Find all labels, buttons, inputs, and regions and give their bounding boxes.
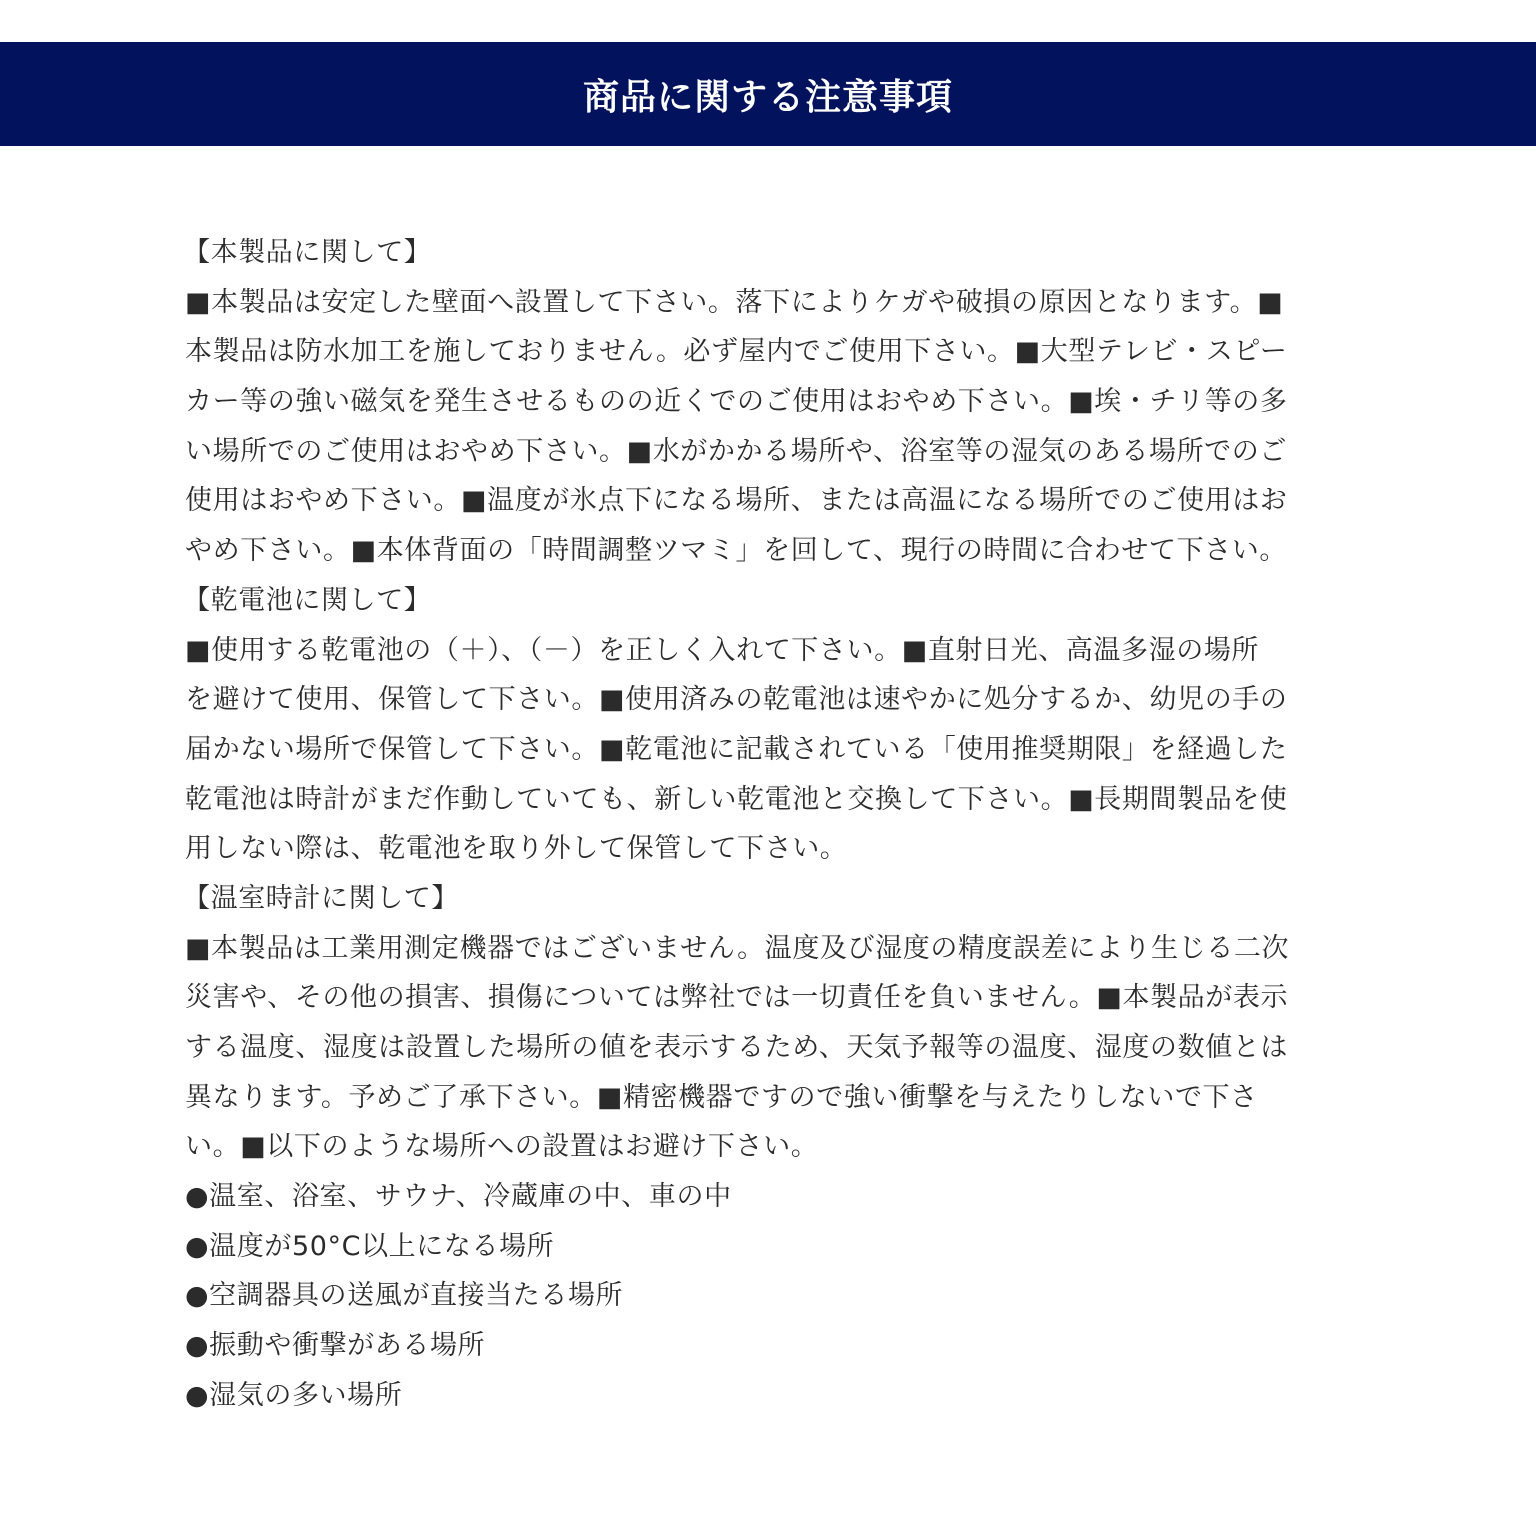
- text-line: 本製品は防水加工を施しておりません。必ず屋内でご使用下さい。■大型テレビ・スピー: [185, 327, 1355, 377]
- bullet-item: ●温度が50°C以上になる場所: [185, 1222, 1355, 1272]
- page-title: 商品に関する注意事項: [583, 69, 953, 120]
- text-line: 乾電池は時計がまだ作動していても、新しい乾電池と交換して下さい。■長期間製品を使: [185, 775, 1355, 825]
- section-heading-product: 【本製品に関して】: [183, 228, 1355, 278]
- bullet-item: ●温室、浴室、サウナ、冷蔵庫の中、車の中: [185, 1172, 1355, 1222]
- text-line: ■本製品は工業用測定機器ではございません。温度及び湿度の精度誤差により生じる二次: [185, 924, 1355, 974]
- text-line: する温度、湿度は設置した場所の値を表示するため、天気予報等の温度、湿度の数値とは: [185, 1023, 1355, 1073]
- text-line: 届かない場所で保管して下さい。■乾電池に記載されている「使用推奨期限」を経過した: [185, 725, 1355, 775]
- text-line: カー等の強い磁気を発生させるものの近くでのご使用はおやめ下さい。■埃・チリ等の多: [185, 377, 1355, 427]
- notice-body: 【本製品に関して】 ■本製品は安定した壁面へ設置して下さい。落下によりケガや破損…: [185, 228, 1355, 1421]
- text-line: 異なります。予めご了承下さい。■精密機器ですので強い衝撃を与えたりしないで下さ: [185, 1073, 1355, 1123]
- text-line: を避けて使用、保管して下さい。■使用済みの乾電池は速やかに処分するか、幼児の手の: [185, 675, 1355, 725]
- text-line: 災害や、その他の損害、損傷については弊社では一切責任を負いません。■本製品が表示: [185, 973, 1355, 1023]
- bullet-item: ●空調器具の送風が直接当たる場所: [185, 1271, 1355, 1321]
- bullet-item: ●振動や衝撃がある場所: [185, 1321, 1355, 1371]
- section-heading-thermometer: 【温室時計に関して】: [183, 874, 1355, 924]
- text-line: ■使用する乾電池の（＋）、（－）を正しく入れて下さい。■直射日光、高温多湿の場所: [185, 626, 1355, 676]
- text-line: い。■以下のような場所への設置はお避け下さい。: [185, 1122, 1355, 1172]
- text-line: 用しない際は、乾電池を取り外して保管して下さい。: [185, 824, 1355, 874]
- section-heading-battery: 【乾電池に関して】: [183, 576, 1355, 626]
- text-line: やめ下さい。■本体背面の「時間調整ツマミ」を回して、現行の時間に合わせて下さい。: [185, 526, 1355, 576]
- text-line: ■本製品は安定した壁面へ設置して下さい。落下によりケガや破損の原因となります。■: [185, 278, 1355, 328]
- header-banner: 商品に関する注意事項: [0, 42, 1536, 146]
- text-line: い場所でのご使用はおやめ下さい。■水がかかる場所や、浴室等の湿気のある場所でのご: [185, 427, 1355, 477]
- text-line: 使用はおやめ下さい。■温度が氷点下になる場所、または高温になる場所でのご使用はお: [185, 476, 1355, 526]
- bullet-item: ●湿気の多い場所: [185, 1371, 1355, 1421]
